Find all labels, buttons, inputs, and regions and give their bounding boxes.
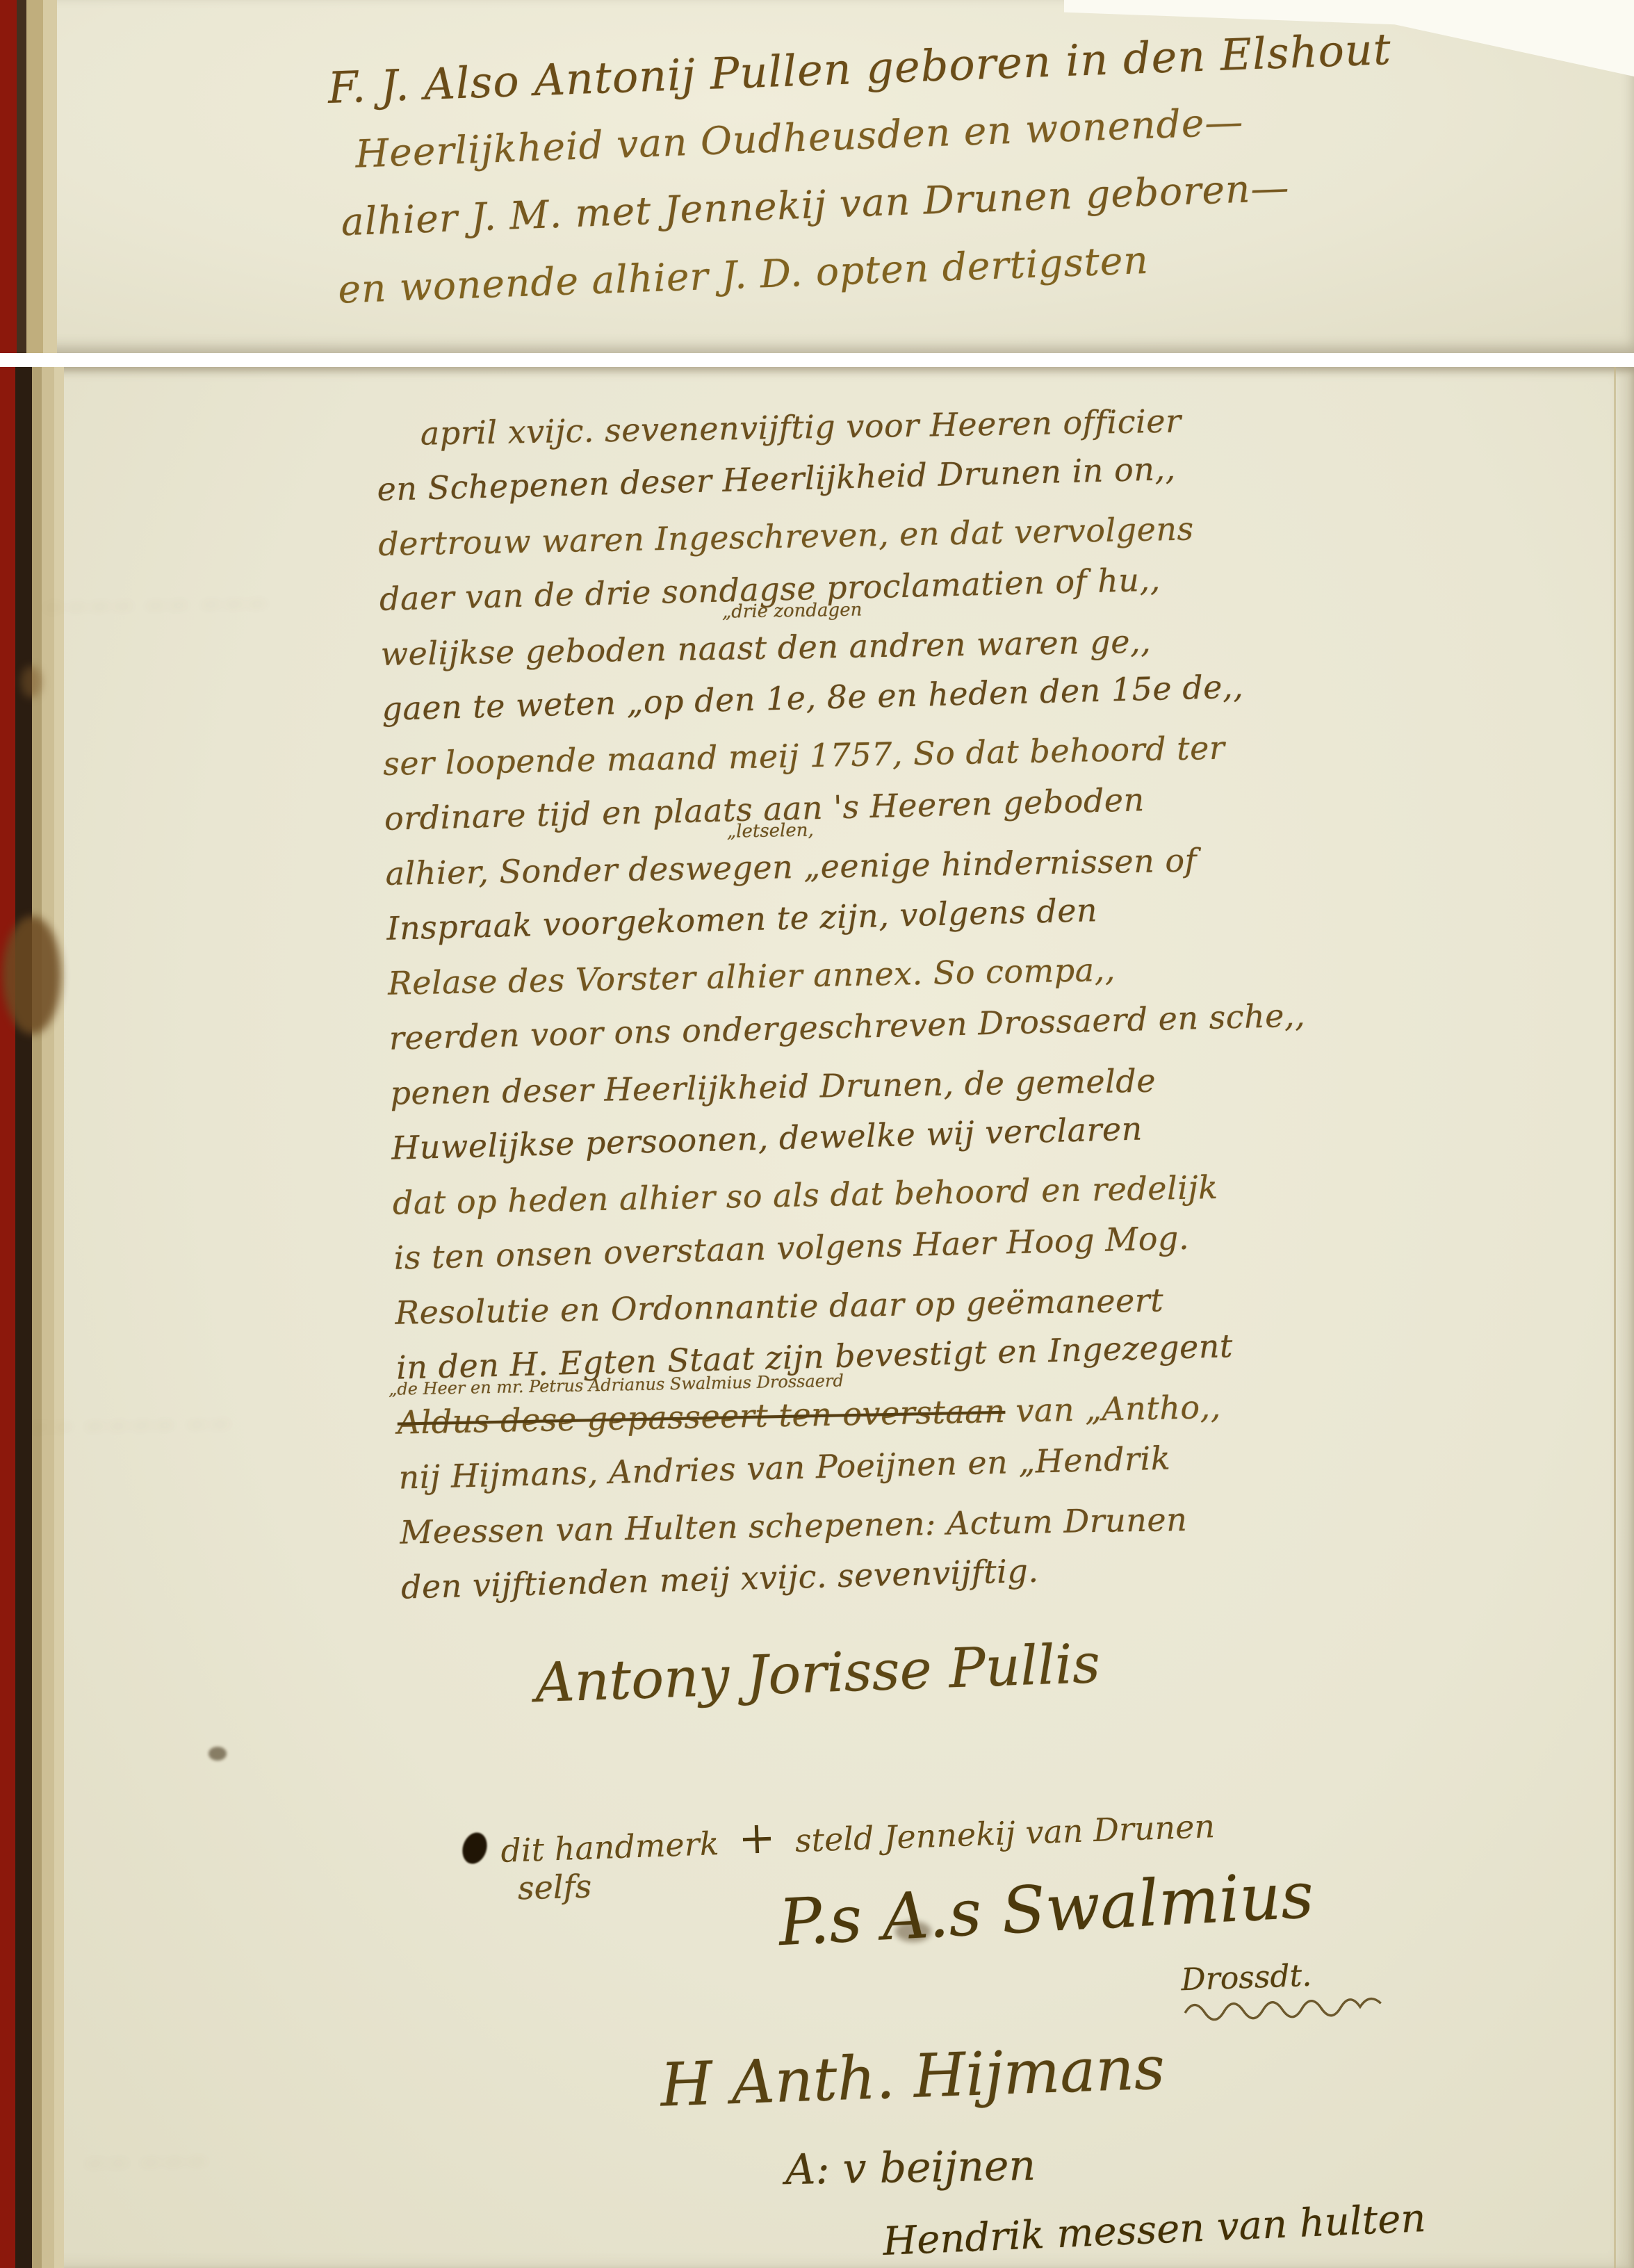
signature-van-hulten: Hendrik messen van hulten	[882, 2196, 1427, 2265]
handmark-line: dit handmerk+steld Jennekij van Drunen	[500, 1797, 1216, 1873]
page-bottom-shadow	[0, 298, 1634, 353]
book-gutter-edge	[0, 0, 66, 353]
line-text: Relase des Vorster alhier annex. So comp…	[388, 951, 1116, 1002]
interlinear-insertion: „letselen,	[726, 822, 813, 841]
bleed-through-text: ~~~ ~~	[83, 2145, 209, 2179]
bleed-through-text: ~~ ~~~~ ~~	[28, 1408, 232, 1443]
line-text: Inspraak voorgekomen te zijn, volgens de…	[386, 891, 1098, 947]
gutter-stain	[21, 666, 42, 698]
ink-blot	[459, 1829, 491, 1867]
handmark-text-left: dit handmerk	[500, 1825, 720, 1870]
struck-text: Aldus dese gepasseert ten overstaan	[397, 1392, 1005, 1442]
line-text: van „Antho,,	[1005, 1388, 1221, 1430]
page-right-edge	[1614, 367, 1616, 2268]
line-text: is ten onsen overstaan volgens Haer Hoog…	[393, 1219, 1190, 1277]
signature-drossaerd: P.s A.s Swalmius	[777, 1858, 1316, 1960]
fragment-scan: F. J. Also Antonij Pullen geboren in den…	[0, 0, 1634, 353]
book-gutter-edge	[0, 367, 70, 2268]
line-text: Huwelijkse persoonen, dewelke wij vercla…	[391, 1109, 1143, 1166]
line-text: nij Hijmans, Andries van Poeijnen en „He…	[398, 1439, 1171, 1496]
gutter-stain	[3, 916, 61, 1034]
signature-beijnen: A: v beijnen	[785, 2141, 1036, 2194]
signature-flourish	[1182, 1992, 1391, 2024]
line-text: en Schepenen deser Heerlijkheid Drunen i…	[377, 450, 1176, 508]
bleed-through-text: ~~~ ~~ ~~~~	[42, 587, 270, 623]
ink-spot	[209, 1747, 227, 1761]
signature-drossaerd-title: Drossdt.	[1181, 1955, 1391, 2024]
signature-hijmans: H Anth. Hijmans	[659, 2033, 1166, 2120]
fragment-lines: F. J. Also Antonij Pullen geboren in den…	[327, 6, 1634, 323]
interlinear-insertion: „drie zondagen	[722, 601, 863, 621]
drossaerd-title-text: Drossdt.	[1181, 1958, 1312, 1998]
body-lines: april xvijc. sevenenvijftig voor Heeren …	[375, 382, 1542, 1615]
signature-groom: Antony Jorisse Pullis	[534, 1633, 1102, 1715]
main-page-scan: ~~~ ~~ ~~~~ ~~ ~~~~ ~~ ~~~ ~~ april xvij…	[0, 367, 1634, 2268]
handmark-selfs: selfs	[517, 1868, 592, 1907]
handmark-text-right: steld Jennekij van Drunen	[794, 1807, 1216, 1859]
line-text: den vijftienden meij xvijc. sevenvijftig…	[400, 1552, 1039, 1606]
handmark-cross-mark: +	[718, 1811, 796, 1866]
